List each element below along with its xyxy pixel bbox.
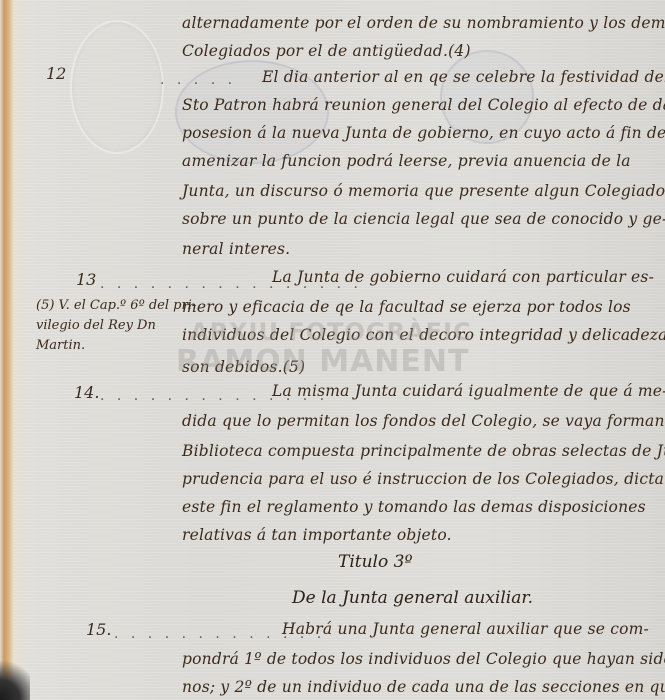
text-line: mero y eficacia de qe la facultad se eje… — [182, 298, 631, 316]
text-line: posesion á la nueva Junta de gobierno, e… — [182, 124, 665, 142]
margin-note: vilegio del Rey Dn — [36, 318, 156, 333]
margin-note: Martin. — [36, 338, 85, 353]
article-number: 12 — [46, 64, 66, 83]
text-line: amenizar la funcion podrá leerse, previa… — [182, 152, 631, 170]
text-line: sobre un punto de la ciencia legal que s… — [182, 210, 665, 228]
text-line: nos; y 2º de un individuo de cada una de… — [182, 678, 665, 696]
text-line: pondrá 1º de todos los individuos del Co… — [182, 650, 665, 668]
text-line: este fin el reglamento y tomando las dem… — [182, 498, 646, 516]
margin-note: (5) V. el Cap.º 6º del pri- — [36, 298, 196, 313]
text-line: alternadamente por el orden de su nombra… — [182, 14, 665, 32]
text-line: Habrá una Junta general auxiliar que se … — [282, 620, 649, 638]
text-line: relativas á tan importante objeto. — [182, 526, 452, 544]
text-line: Biblioteca compuesta principalmente de o… — [182, 442, 665, 460]
text-line: La Junta de gobierno cuidará con particu… — [272, 268, 654, 286]
article-number: 13 — [76, 270, 96, 289]
section-subheading: De la Junta general auxiliar. — [292, 588, 533, 608]
embossed-seal — [70, 20, 164, 154]
watermark-line-2: RAMON MANENT — [176, 344, 469, 379]
text-line: neral interes. — [182, 240, 290, 258]
text-line: Sto Patron habrá reunion general del Col… — [182, 96, 665, 114]
text-line: Colegiados por el de antigüedad.(4) — [182, 42, 471, 60]
text-line: prudencia para el uso é instruccion de l… — [182, 470, 665, 488]
text-line: El dia anterior al en qe se celebre la f… — [262, 68, 665, 86]
article-number: 14. — [74, 383, 99, 402]
leader-dots: . . . . . — [160, 72, 236, 88]
page-shadow — [0, 660, 30, 700]
text-line: dida que lo permitan los fondos del Cole… — [182, 412, 665, 430]
text-line: La misma Junta cuidará igualmente de que… — [272, 382, 665, 400]
article-number: 15. — [86, 620, 111, 639]
text-line: Junta, un discurso ó memoria que present… — [182, 182, 665, 200]
watermark-line-1: ARXIU FOTOGRÀFIC — [190, 318, 472, 346]
section-heading: Titulo 3º — [338, 552, 412, 572]
manuscript-page: alternadamente por el orden de su nombra… — [0, 0, 665, 700]
